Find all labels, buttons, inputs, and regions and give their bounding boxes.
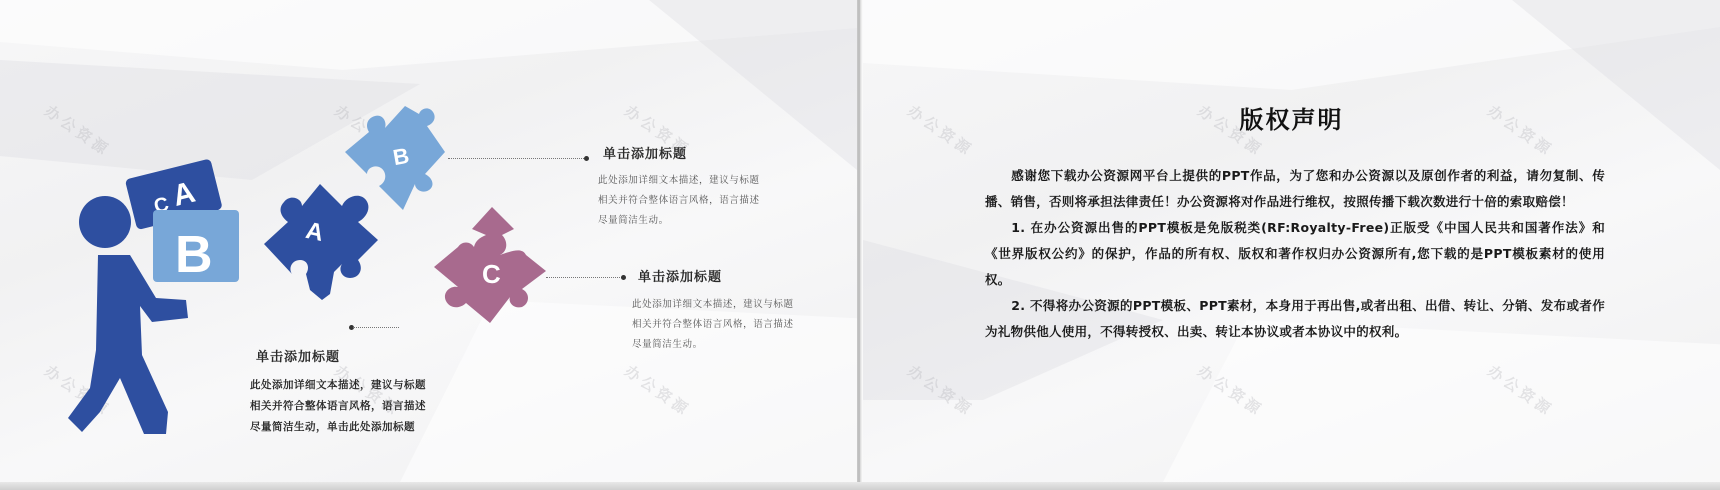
callout-c-title[interactable]: 单击添加标题: [638, 266, 722, 285]
page-title: 版权声明: [863, 100, 1720, 135]
paragraph-clause-2: 2. 不得将办公资源的PPT模板、PPT素材，本身用于再出售,或者出租、出借、转…: [985, 293, 1605, 345]
description-line: 尽量简洁生动。: [598, 211, 760, 231]
callout-a-title[interactable]: 单击添加标题: [256, 346, 340, 365]
description-line: 尽量简洁生动，单击此处添加标题: [250, 417, 426, 438]
slide-copyright-notice: 办公资源 办公资源 办公资源 办公资源 办公资源 办公资源 版权声明 感谢您下载…: [863, 0, 1720, 482]
description-line: 相关并符合整体语言风格，语言描述: [250, 396, 426, 417]
connector-line: [448, 158, 586, 159]
callout-c-description[interactable]: 此处添加详细文本描述，建议与标题 相关并符合整体语言风格，语言描述 尽量简洁生动…: [632, 295, 794, 355]
description-line: 此处添加详细文本描述，建议与标题: [632, 295, 794, 315]
connector-line: [546, 277, 622, 278]
paragraph-clause-1: 1. 在办公资源出售的PPT模板是免版税类(RF:Royalty-Free)正版…: [985, 215, 1605, 293]
copyright-body: 感谢您下载办公资源网平台上提供的PPT作品，为了您和办公资源以及原创作者的利益，…: [985, 163, 1605, 345]
svg-text:C: C: [482, 259, 501, 289]
description-line: 相关并符合整体语言风格，语言描述: [598, 191, 760, 211]
puzzle-piece-c: C: [430, 205, 550, 330]
connector-dot: [621, 275, 626, 280]
callout-b-description[interactable]: 此处添加详细文本描述，建议与标题 相关并符合整体语言风格，语言描述 尽量简洁生动…: [598, 171, 760, 231]
person-carrying-blocks-icon: C A B: [60, 150, 260, 450]
connector-dot: [584, 156, 589, 161]
connector-line: [353, 327, 399, 328]
bottom-edge: [0, 482, 1720, 490]
callout-b-title[interactable]: 单击添加标题: [603, 143, 687, 162]
slide-puzzle-infographic: 办公资源 办公资源 办公资源 办公资源 办公资源 办公资源 C A B A B …: [0, 0, 857, 482]
puzzle-piece-b: B: [345, 102, 465, 222]
description-line: 相关并符合整体语言风格，语言描述: [632, 315, 794, 335]
description-line: 尽量简洁生动。: [632, 335, 794, 355]
callout-a-description[interactable]: 此处添加详细文本描述，建议与标题 相关并符合整体语言风格，语言描述 尽量简洁生动…: [250, 375, 426, 438]
description-line: 此处添加详细文本描述，建议与标题: [250, 375, 426, 396]
svg-text:B: B: [175, 226, 213, 284]
paragraph-intro: 感谢您下载办公资源网平台上提供的PPT作品，为了您和办公资源以及原创作者的利益，…: [985, 163, 1605, 215]
description-line: 此处添加详细文本描述，建议与标题: [598, 171, 760, 191]
